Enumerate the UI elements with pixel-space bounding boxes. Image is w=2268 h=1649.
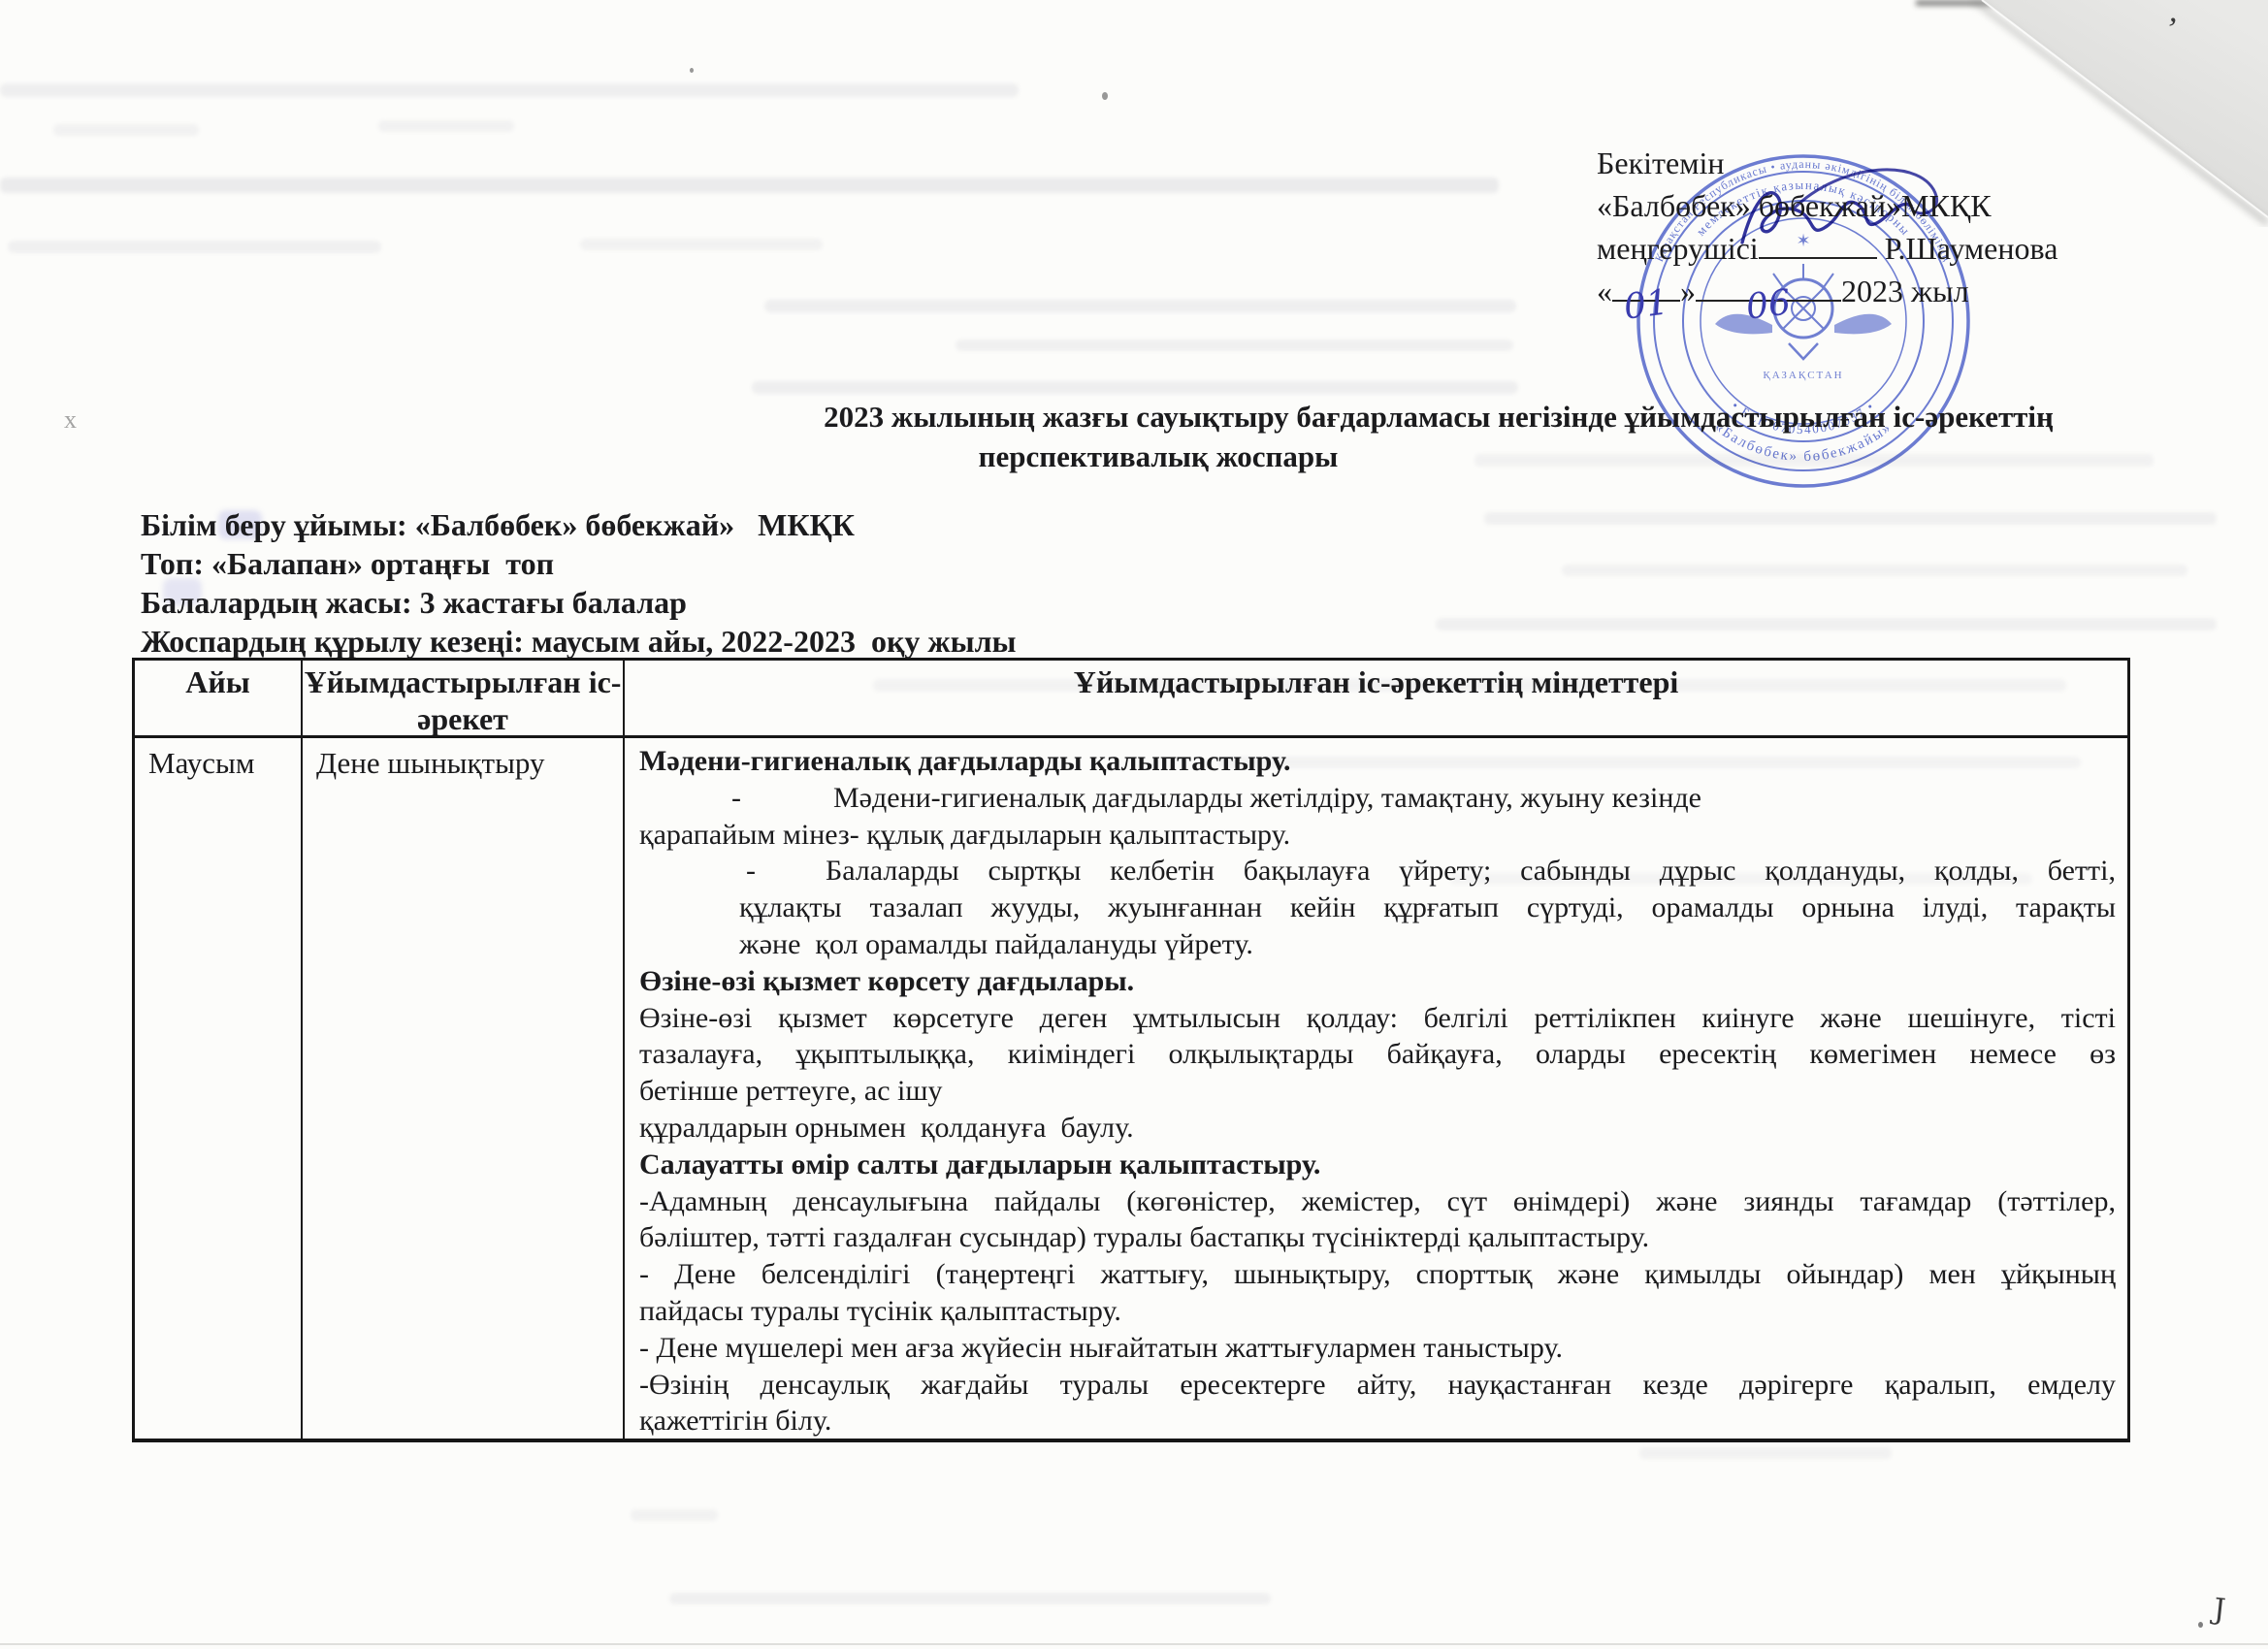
info-line: Білім беру ұйымы: «Балбөбек» бөбекжай» М… xyxy=(141,505,1017,544)
task-line: бәліштер, тәтті газдалған сусындар) тура… xyxy=(639,1219,2116,1256)
bleed-artifact xyxy=(1436,618,2217,630)
tasks-cell: Мәдени-гигиеналық дағдыларды қалыптастыр… xyxy=(625,738,2127,1439)
scan-speck xyxy=(690,68,694,73)
info-line: Топ: «Балапан» ортаңғы топ xyxy=(141,544,1017,583)
approval-date-line: «01»062023 жыл xyxy=(1597,270,2057,312)
info-line: Жоспардың құрылу кезеңі: маусым айы, 202… xyxy=(141,622,1017,661)
scan-edge-line xyxy=(0,1643,2268,1645)
task-line: пайдасы туралы түсінік қалыптастыру. xyxy=(639,1293,2116,1330)
cell-activity: Дене шынықтыру xyxy=(303,738,625,1439)
quote-open: « xyxy=(1597,274,1612,308)
day-blank: 01 xyxy=(1612,300,1680,302)
manager-name: Р.Шауменова xyxy=(1885,231,2058,266)
task-line: қажеттігін білу. xyxy=(639,1403,2116,1439)
bleed-artifact xyxy=(1639,1447,1892,1459)
bleed-artifact xyxy=(0,83,1019,97)
quote-close: » xyxy=(1680,274,1696,308)
task-line: Өзіне-өзі қызмет көрсету дағдылары. xyxy=(639,963,2116,1000)
cell-month: Маусым xyxy=(135,738,303,1439)
bleed-artifact xyxy=(669,1593,1271,1604)
task-line: Мәдени-гигиеналық дағдыларды қалыптастыр… xyxy=(639,743,2116,780)
task-line: -Балаларды сыртқы келбетін бақылауға үйр… xyxy=(639,853,2116,889)
scan-speck xyxy=(1102,92,1108,100)
document-title-line2: перспективалық жоспары xyxy=(959,439,1357,474)
pen-dot xyxy=(2198,1622,2203,1628)
task-line: Салауатты өмір салты дағдыларын қалыптас… xyxy=(639,1147,2116,1183)
bleed-artifact xyxy=(956,339,1513,351)
manager-label: меңгерушісі xyxy=(1597,231,1759,266)
task-line: - Дене мүшелері мен ағза жүйесін нығайта… xyxy=(639,1330,2116,1367)
task-line: -Адамның денсаулығына пайдалы (көгөністе… xyxy=(639,1183,2116,1220)
task-line: -Өзінің денсаулық жағдайы туралы ересект… xyxy=(639,1367,2116,1404)
stamp-country-caption: ҚАЗАҚСТАН xyxy=(1763,370,1843,381)
info-line: Балалардың жасы: 3 жастағы балалар xyxy=(141,583,1017,622)
header-month: Айы xyxy=(135,661,303,738)
folded-corner xyxy=(1967,0,2268,227)
bleed-artifact xyxy=(8,241,381,253)
task-line: және қол орамалды пайдалануды үйрету. xyxy=(639,926,2116,963)
info-block: Білім беру ұйымы: «Балбөбек» бөбекжай» М… xyxy=(141,505,1017,661)
bleed-artifact xyxy=(378,120,514,132)
bleed-artifact xyxy=(580,239,823,250)
bleed-artifact xyxy=(1562,565,2187,576)
bleed-artifact xyxy=(752,381,1518,394)
bleed-artifact xyxy=(1484,512,2217,525)
header-activity: Ұйымдастырылған іс-әрекет xyxy=(303,661,625,738)
handwritten-month: 06 xyxy=(1744,281,1794,329)
pen-j-mark: J xyxy=(2212,1592,2227,1627)
bleed-artifact xyxy=(0,178,1499,193)
task-line: -Мәдени-гигиеналық дағдыларды жетілдіру,… xyxy=(639,780,2116,817)
task-line: құлақты тазалап жууды, жуынғаннан кейін … xyxy=(639,889,2116,926)
approval-manager-line: меңгерушісі Р.Шауменова xyxy=(1597,227,2057,270)
task-line: бетінше реттеуге, ас ішу xyxy=(639,1073,2116,1110)
task-line: тазалауға, ұқыптылыққа, киіміндегі олқыл… xyxy=(639,1036,2116,1073)
year-text: 2023 жыл xyxy=(1841,274,1969,308)
pencil-x-mark: х xyxy=(64,405,77,435)
month-blank: 06 xyxy=(1696,300,1841,302)
task-line: - Дене белсенділігі (таңертеңгі жаттығу,… xyxy=(639,1256,2116,1293)
bleed-artifact xyxy=(764,300,1516,312)
scanned-document-page: Қазақстан Республикасы • ауданы әкімдігі… xyxy=(0,0,2268,1649)
plan-table: Айы Ұйымдастырылған іс-әрекет Ұйымдастыр… xyxy=(132,658,2130,1442)
bleed-artifact xyxy=(53,124,199,136)
bleed-artifact xyxy=(631,1509,718,1521)
handwritten-day: 01 xyxy=(1622,281,1671,329)
task-line: Өзіне-өзі қызмет көрсетуге деген ұмтылыс… xyxy=(639,1000,2116,1037)
task-line: құралдарын орнымен қолдануға баулу. xyxy=(639,1110,2116,1147)
header-tasks: Ұйымдастырылған іс-әрекеттің міндеттері xyxy=(625,661,2127,738)
task-line: қарапайым мінез- құлық дағдыларын қалыпт… xyxy=(639,817,2116,854)
document-title-line1: 2023 жылының жазғы сауықтыру бағдарламас… xyxy=(793,400,2085,435)
signature-line xyxy=(1759,257,1877,259)
